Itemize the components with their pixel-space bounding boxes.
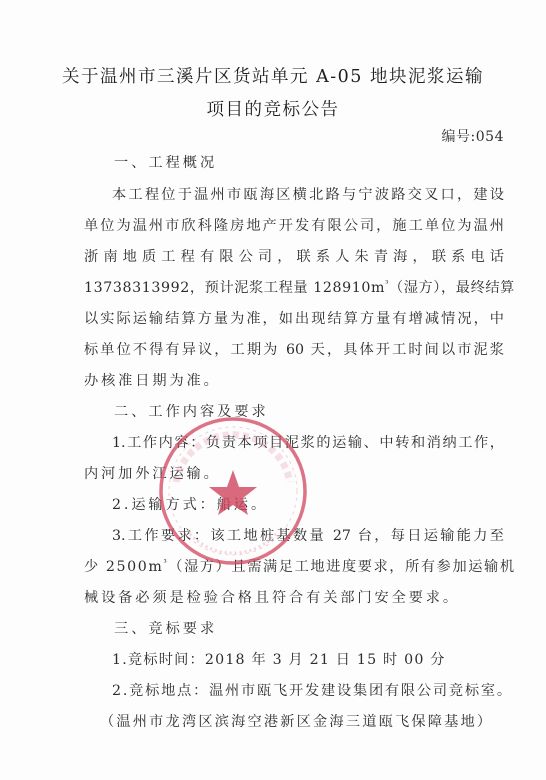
document-page: 关于温州市三溪片区货站单元 A-05 地块泥浆运输 项目的竞标公告 编号:054… xyxy=(0,0,546,780)
text-span: （湿方），最终结算 xyxy=(389,280,515,296)
list-item-line: 3.工作要求：该工地桩基数量 27 台，每日运输能力至 xyxy=(112,525,504,545)
document-number: 编号:054 xyxy=(442,126,504,146)
document-title-line-1: 关于温州市三溪片区货站单元 A-05 地块泥浆运输 xyxy=(0,63,546,88)
list-item-line: 械设备必须是检验合格且符合有关部门安全要求。 xyxy=(84,587,504,607)
paragraph-line: 单位为温州市欣科隆房地产开发有限公司，施工单位为温州 xyxy=(84,215,504,235)
list-item-line: 内河加外江运输。 xyxy=(84,463,504,483)
text-span: 少 2500m xyxy=(84,559,163,575)
paragraph-line: 本工程位于温州市瓯海区横北路与宁波路交叉口，建设 xyxy=(112,184,504,204)
section-heading-overview: 一、工程概况 xyxy=(114,152,534,172)
section-heading-work: 二、工作内容及要求 xyxy=(114,401,534,421)
paragraph-line: 浙南地质工程有限公司，联系人朱青海，联系电话 xyxy=(84,246,504,266)
paragraph-line: 13738313992，预计泥浆工程量 128910m³（湿方），最终结算 xyxy=(84,277,504,297)
list-item-line: 少 2500m³（湿方）且需满足工地进度要求，所有参加运输机 xyxy=(84,556,504,576)
list-item-line: （温州市龙湾区滨海空港新区金海三道瓯飞保障基地） xyxy=(100,711,520,731)
list-item-line: 1.竞标时间：2018 年 3 月 21 日 15 时 00 分 xyxy=(112,649,504,669)
paragraph-line: 以实际运输结算方量为准，如出现结算方量有增减情况，中 xyxy=(84,308,504,328)
list-item-line: 1.工作内容：负责本项目泥浆的运输、中转和消纳工作， xyxy=(112,432,504,452)
paragraph-line: 办核准日期为准。 xyxy=(84,370,504,390)
list-item-line: 2.竞标地点：温州市瓯飞开发建设集团有限公司竞标室。 xyxy=(112,680,504,700)
text-span: 13738313992，预计泥浆工程量 128910m xyxy=(84,280,385,296)
paragraph-line: 标单位不得有异议，工期为 60 天，具体开工时间以市泥浆 xyxy=(84,339,504,359)
section-heading-bidding: 三、竞标要求 xyxy=(114,618,534,638)
document-title-line-2: 项目的竞标公告 xyxy=(0,96,546,121)
text-span: （湿方）且需满足工地进度要求，所有参加运输机 xyxy=(168,559,515,575)
list-item-line: 2.运输方式：船运。 xyxy=(112,494,504,514)
